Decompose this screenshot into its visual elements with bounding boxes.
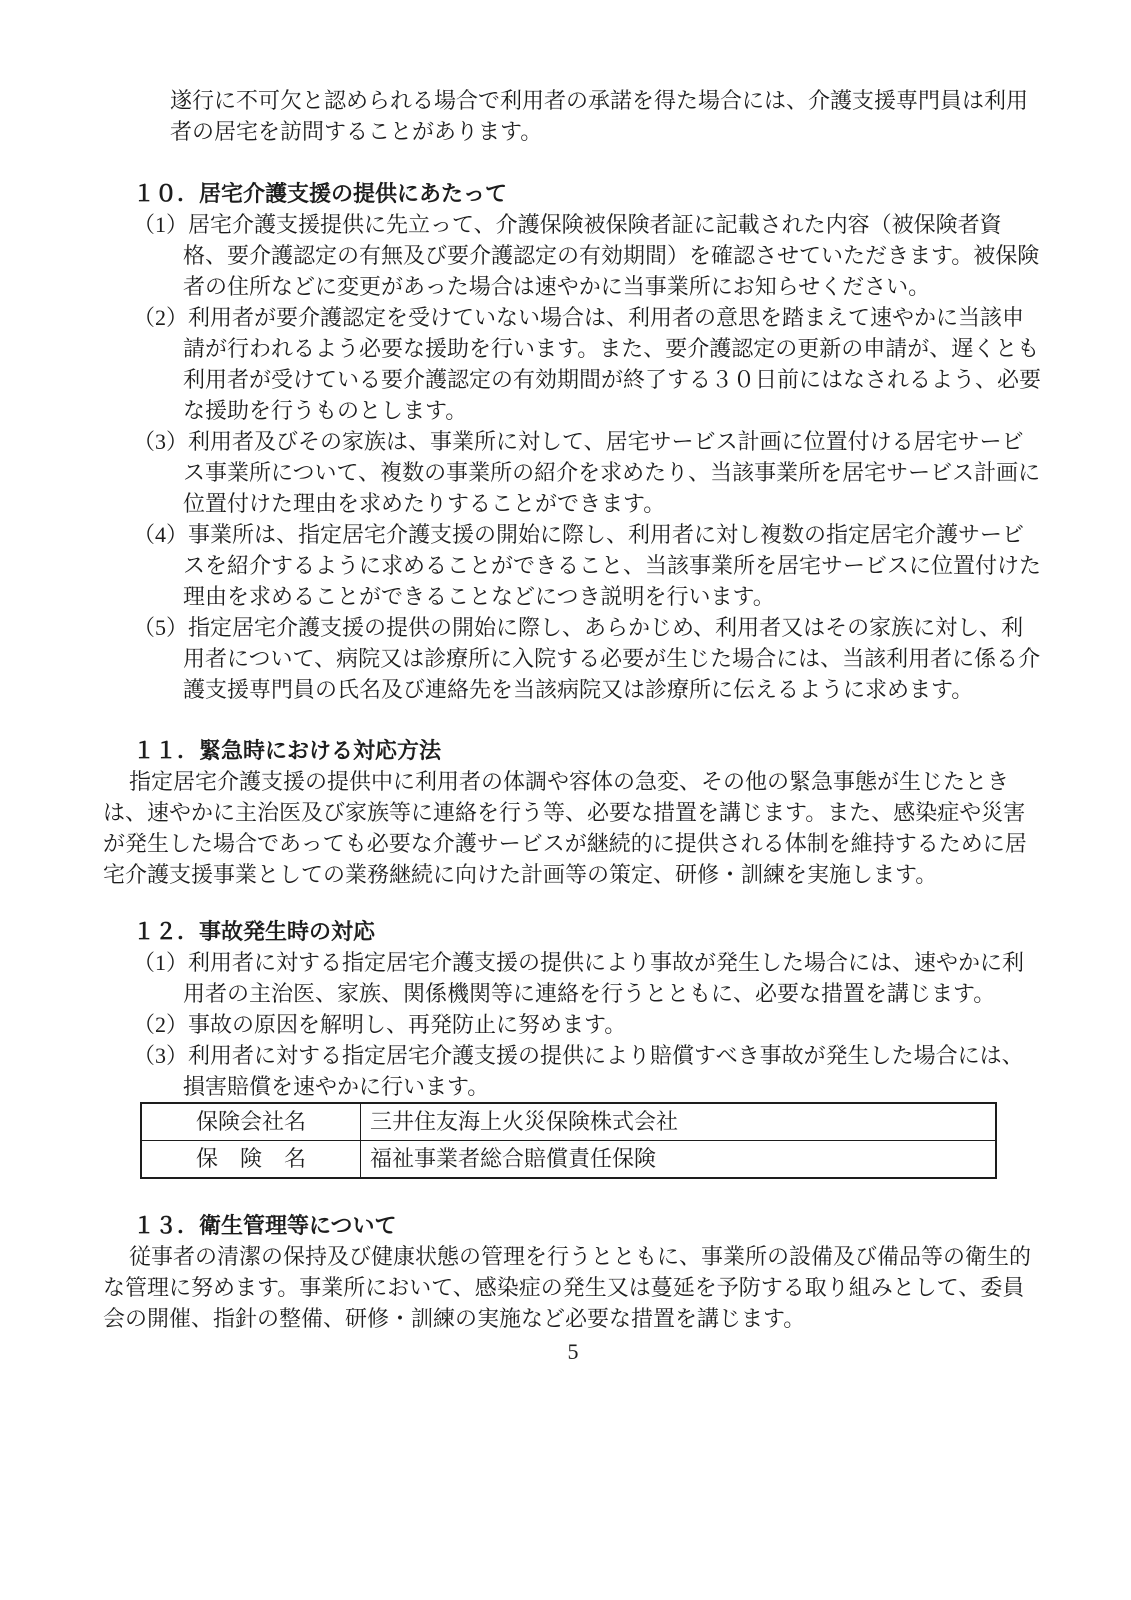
item-text: 利用者に対する指定居宅介護支援の提供により事故が発生した場合には、速やかに利用者…: [183, 950, 1024, 1006]
list-item-10-5: （5）指定居宅介護支援の提供の開始に際し、あらかじめ、利用者又はその家族に対し、…: [103, 612, 1043, 705]
item-marker: （4）: [133, 522, 188, 547]
table-row-insurance-company: 保険会社名 三井住友海上火災保険株式会社: [141, 1103, 996, 1141]
list-item-12-1: （1）利用者に対する指定居宅介護支援の提供により事故が発生した場合には、速やかに…: [103, 947, 1043, 1009]
continuation-paragraph: 遂行に不可欠と認められる場合で利用者の承諾を得た場合には、介護支援専門員は利用者…: [103, 85, 1043, 147]
insurance-name-label: 保 険 名: [141, 1141, 361, 1179]
item-marker: （3）: [133, 1043, 188, 1068]
item-text: 事業所は、指定居宅介護支援の開始に際し、利用者に対し複数の指定居宅介護サービスを…: [183, 522, 1041, 609]
item-text: 指定居宅介護支援の提供の開始に際し、あらかじめ、利用者又はその家族に対し、利用者…: [183, 615, 1040, 702]
section-13-body: 従事者の清潔の保持及び健康状態の管理を行うとともに、事業所の設備及び備品等の衛生…: [103, 1241, 1043, 1334]
list-item-10-1: （1）居宅介護支援提供に先立って、介護保険被保険者証に記載された内容（被保険者資…: [103, 209, 1043, 302]
section-11-heading: １１．緊急時における対応方法: [133, 735, 1043, 766]
insurance-company-label: 保険会社名: [141, 1103, 361, 1141]
document-page: 遂行に不可欠と認められる場合で利用者の承諾を得た場合には、介護支援専門員は利用者…: [0, 0, 1131, 1600]
item-marker: （3）: [133, 429, 188, 454]
section-13-heading: １３．衛生管理等について: [133, 1210, 1043, 1241]
item-text: 居宅介護支援提供に先立って、介護保険被保険者証に記載された内容（被保険者資格、要…: [183, 212, 1039, 299]
item-marker: （5）: [133, 615, 188, 640]
list-item-10-4: （4）事業所は、指定居宅介護支援の開始に際し、利用者に対し複数の指定居宅介護サー…: [103, 519, 1043, 612]
table-row-insurance-name: 保 険 名 福祉事業者総合賠償責任保険: [141, 1141, 996, 1179]
item-marker: （2）: [133, 305, 188, 330]
item-text: 利用者に対する指定居宅介護支援の提供により賠償すべき事故が発生した場合には、損害…: [183, 1043, 1024, 1099]
list-item-12-3: （3）利用者に対する指定居宅介護支援の提供により賠償すべき事故が発生した場合には…: [103, 1040, 1043, 1102]
item-text: 利用者及びその家族は、事業所に対して、居宅サービス計画に位置付ける居宅サービス事…: [183, 429, 1040, 516]
page-number: 5: [103, 1336, 1043, 1367]
item-marker: （1）: [133, 212, 188, 237]
item-text: 利用者が要介護認定を受けていない場合は、利用者の意思を踏まえて速やかに当該申請が…: [183, 305, 1041, 423]
insurance-company-value: 三井住友海上火災保険株式会社: [361, 1103, 997, 1141]
list-item-10-2: （2）利用者が要介護認定を受けていない場合は、利用者の意思を踏まえて速やかに当該…: [103, 302, 1043, 426]
section-10-heading: １０．居宅介護支援の提供にあたって: [133, 178, 1043, 209]
section-11-body: 指定居宅介護支援の提供中に利用者の体調や容体の急変、その他の緊急事態が生じたとき…: [103, 766, 1043, 890]
insurance-name-value: 福祉事業者総合賠償責任保険: [361, 1141, 997, 1179]
section-12-heading: １２．事故発生時の対応: [133, 916, 1043, 947]
insurance-table: 保険会社名 三井住友海上火災保険株式会社 保 険 名 福祉事業者総合賠償責任保険: [140, 1102, 997, 1179]
item-marker: （2）: [133, 1012, 188, 1037]
list-item-12-2: （2）事故の原因を解明し、再発防止に努めます。: [103, 1009, 1043, 1040]
list-item-10-3: （3）利用者及びその家族は、事業所に対して、居宅サービス計画に位置付ける居宅サー…: [103, 426, 1043, 519]
item-marker: （1）: [133, 950, 188, 975]
item-text: 事故の原因を解明し、再発防止に努めます。: [188, 1012, 626, 1037]
